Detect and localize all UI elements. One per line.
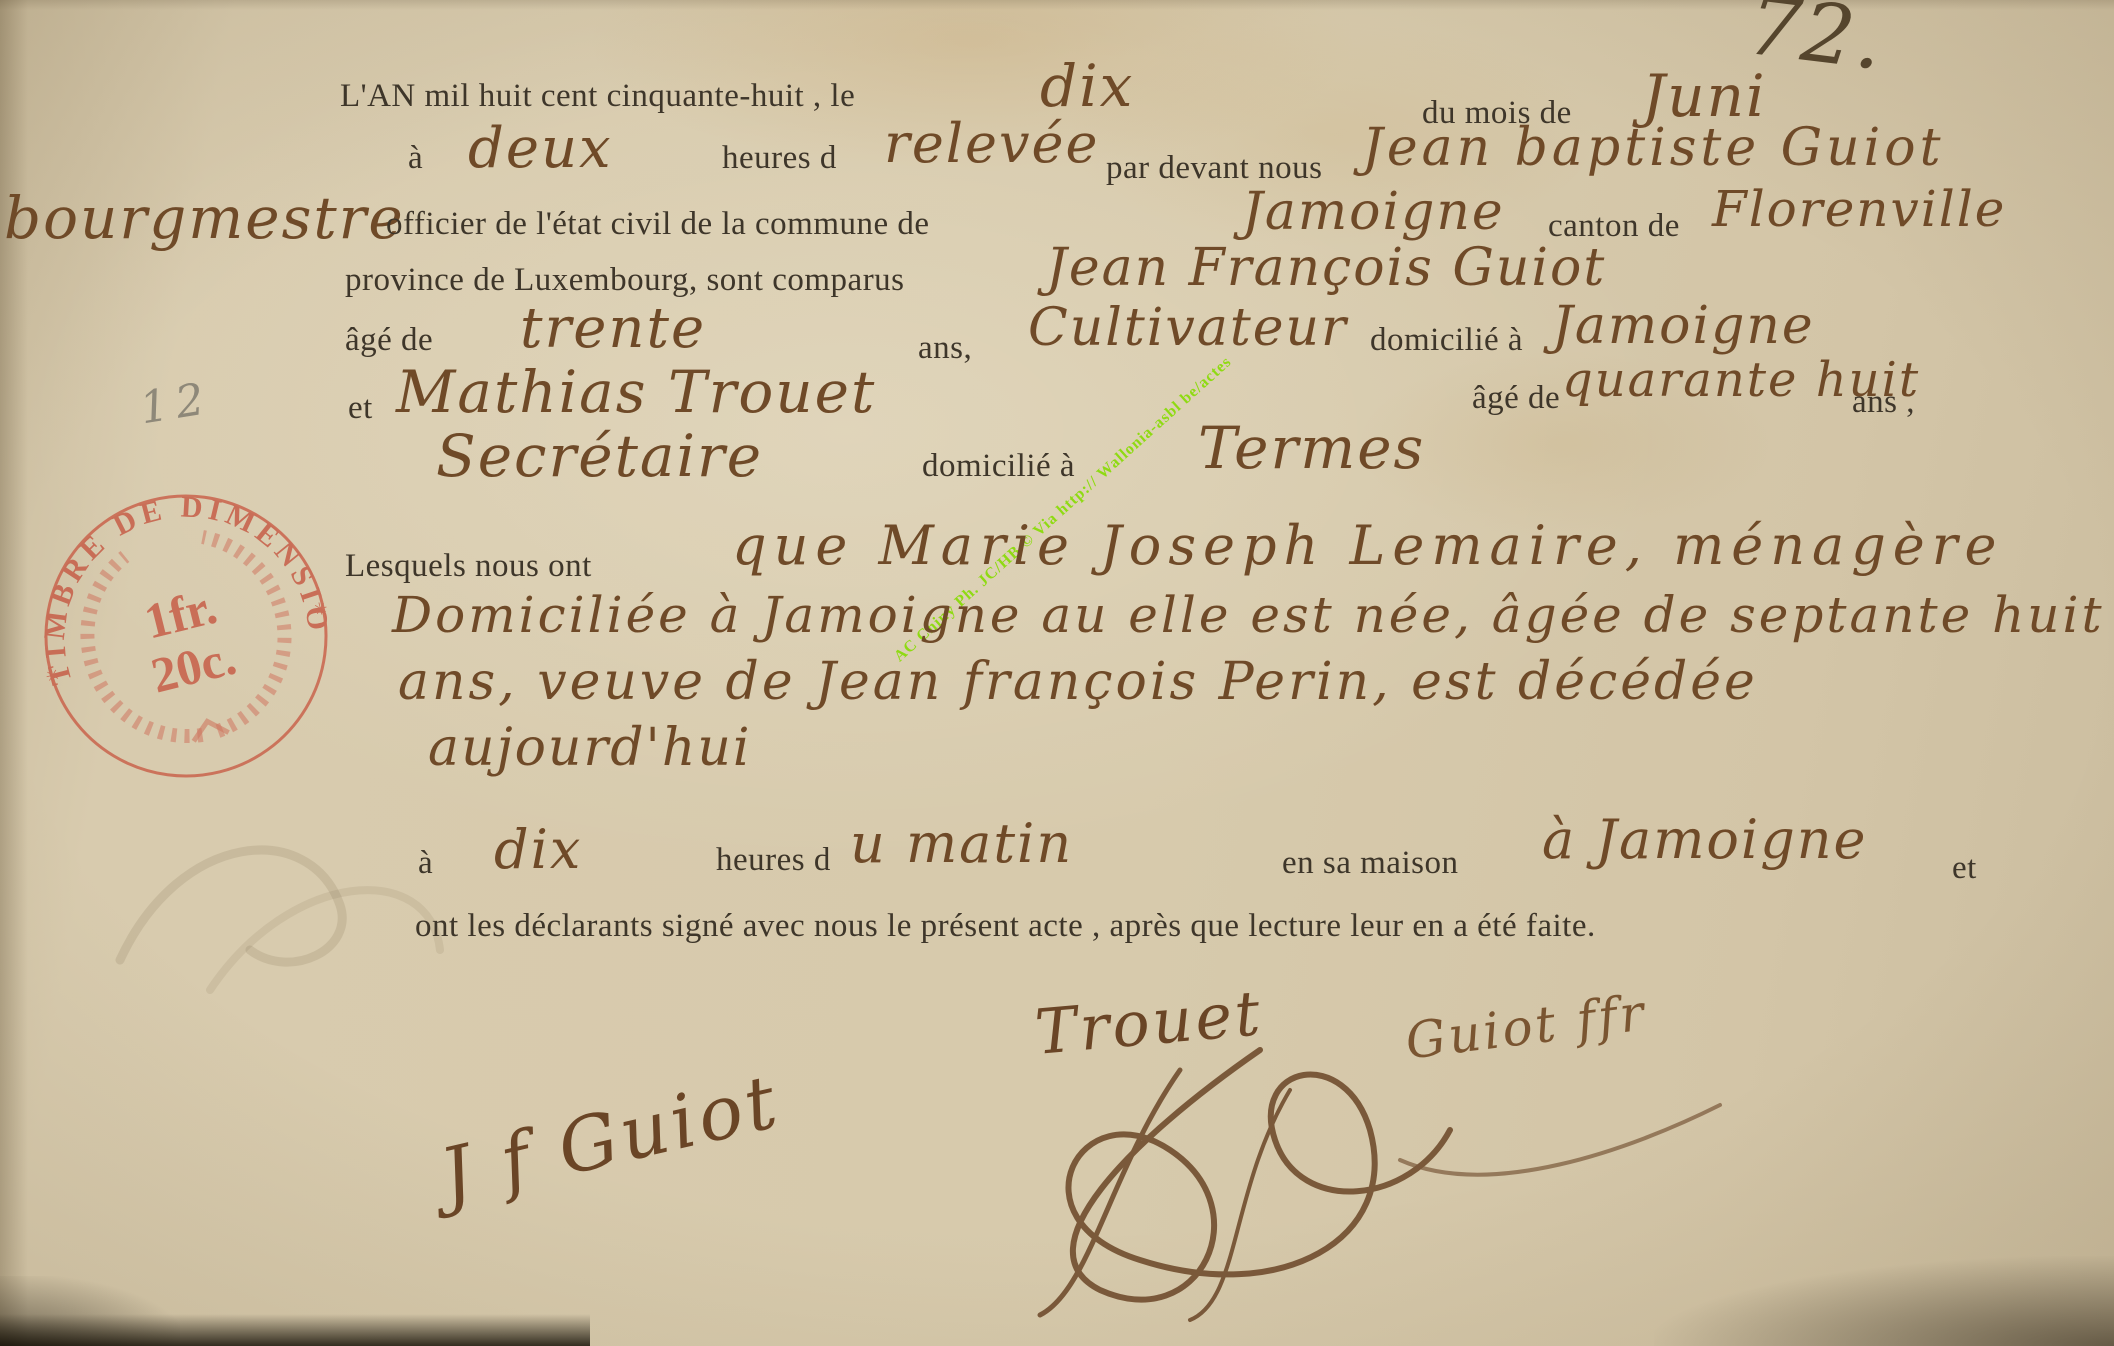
hw-declarant1-residence: Jamoigne	[1552, 296, 1815, 356]
death-record-page: 72. 12 AC Chiny Ph. JC/HB © Via http:// …	[0, 0, 2114, 1346]
printed-and-2: et	[1952, 850, 1977, 887]
hw-deceased-name: que Marie Joseph Lemaire, ménagère	[732, 514, 2004, 577]
hw-today: aujourd'hui	[428, 718, 751, 778]
pencil-folio-number: 12	[136, 373, 215, 435]
printed-in-her-house: en sa maison	[1282, 845, 1458, 882]
hw-deceased-residence-age: Domiciliée à Jamoigne au elle est née, â…	[392, 586, 2105, 644]
hw-death-hour: dix	[494, 818, 582, 881]
printed-province: province de Luxembourg, sont comparus	[345, 262, 905, 299]
hw-deceased-widow-line: ans, veuve de Jean françois Perin, est d…	[398, 652, 1758, 712]
hw-burgomaster: bourgmestre	[4, 184, 405, 252]
signature-paraph-flourish	[930, 1010, 1790, 1340]
printed-year-line: L'AN mil huit cent cinquante-huit , le	[340, 78, 855, 115]
signature-jf-guiot: J f Guiot	[433, 1058, 788, 1219]
printed-residing-at-1: domicilié à	[1370, 322, 1523, 359]
printed-and: et	[348, 390, 373, 427]
hw-declarant1-name: Jean François Guiot	[1046, 238, 1606, 298]
hw-morning: u matin	[850, 812, 1073, 875]
printed-hours-of-2: heures d	[716, 842, 831, 879]
hw-declarant2-name: Mathias Trouet	[396, 358, 876, 426]
hw-officer-name: Jean baptiste Guiot	[1362, 118, 1945, 178]
printed-lesquels: Lesquels nous ont	[345, 548, 592, 585]
printed-at-2: à	[418, 845, 433, 882]
printed-years-2: ans ,	[1852, 384, 1915, 421]
hw-declarant1-age: trente	[520, 296, 706, 361]
hw-day: dix	[1040, 52, 1134, 120]
hw-death-place: à Jamoigne	[1542, 808, 1868, 871]
hw-declarant2-residence: Termes	[1198, 414, 1425, 482]
hw-declarant1-occupation: Cultivateur	[1028, 298, 1348, 358]
printed-residing-at-2: domicilié à	[922, 448, 1075, 485]
printed-closing-formula: ont les déclarants signé avec nous le pr…	[415, 908, 1596, 945]
page-corner-shadow-bottom-left	[0, 1276, 180, 1346]
printed-years: ans,	[918, 330, 972, 367]
printed-aged-2: âgé de	[1472, 380, 1560, 417]
printed-at: à	[408, 140, 423, 177]
hw-canton: Florenville	[1712, 180, 2006, 238]
hw-hour: deux	[468, 116, 613, 181]
printed-aged: âgé de	[345, 322, 433, 359]
hw-declarant2-occupation: Secrétaire	[436, 422, 763, 490]
printed-hours-of: heures d	[722, 140, 837, 177]
hw-relevee: relevée	[884, 112, 1099, 175]
hw-commune: Jamoigne	[1242, 182, 1505, 242]
printed-civil-officer: officier de l'état civil de la commune d…	[386, 206, 930, 243]
